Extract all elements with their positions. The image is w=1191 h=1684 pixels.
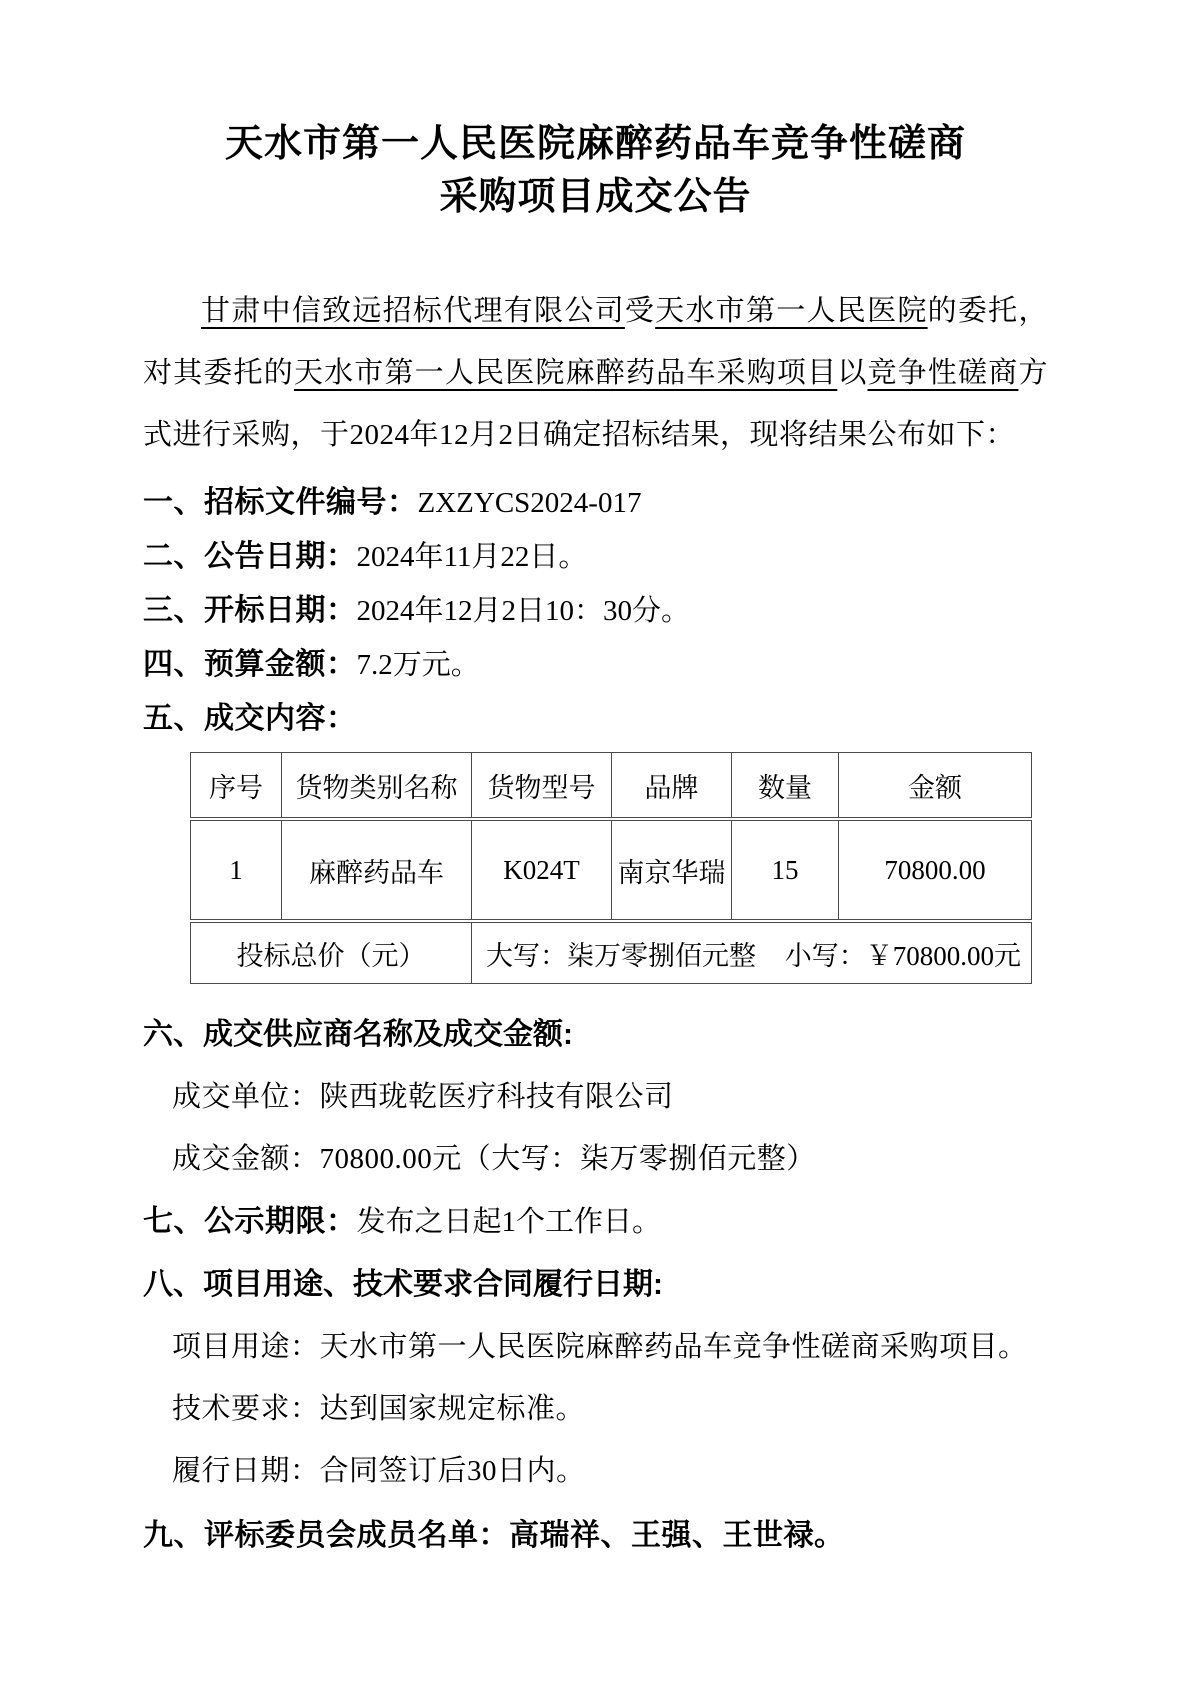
section-4-label: 四、预算金额： — [143, 648, 357, 681]
table-row: 1麻醉药品车K024T南京华瑞1570800.00 — [191, 819, 1032, 921]
table-header-cell: 序号 — [191, 753, 282, 820]
section-9: 九、评标委员会成员名单：高瑞祥、王强、王世禄。 — [143, 1519, 1048, 1553]
table-header-cell: 数量 — [732, 753, 839, 820]
table-cell: 15 — [732, 819, 839, 921]
numbered-items: 一、招标文件编号：ZXZYCS2024-017 二、公告日期：2024年11月2… — [143, 486, 1048, 736]
table-cell: 南京华瑞 — [612, 819, 732, 921]
total-amount-words: 大写：柒万零捌佰元整 — [486, 934, 756, 973]
intro-segment: 天水市第一人民医院 — [655, 295, 927, 327]
intro-segment: 天水市第一人民医院麻醉药品车采购项目 — [294, 357, 837, 389]
section-1-label: 一、招标文件编号： — [143, 486, 418, 519]
intro-paragraph: 甘肃中信致远招标代理有限公司受天水市第一人民医院的委托，对其委托的天水市第一人民… — [143, 280, 1048, 466]
award-table: 序号货物类别名称货物型号品牌数量金额 1麻醉药品车K024T南京华瑞157080… — [190, 752, 1032, 984]
table-cell: 1 — [191, 819, 282, 921]
intro-segment: 受 — [625, 295, 655, 327]
section-2-label: 二、公告日期： — [143, 540, 357, 573]
total-label-cell: 投标总价（元） — [191, 921, 472, 984]
total-amount-figures: 小写：￥70800.00元 — [785, 934, 1021, 973]
section-8-performance: 履行日期：合同签订后30日内。 — [172, 1455, 1048, 1488]
table-header-row: 序号货物类别名称货物型号品牌数量金额 — [191, 753, 1032, 820]
section-4-value: 7.2万元。 — [357, 649, 480, 681]
intro-segment: 甘肃中信致远招标代理有限公司 — [201, 295, 625, 327]
table-cell: 麻醉药品车 — [282, 819, 472, 921]
section-6-label: 六、成交供应商名称及成交金额: — [143, 1018, 573, 1051]
total-amount-cell: 大写：柒万零捌佰元整 小写：￥70800.00元 — [472, 921, 1032, 984]
section-2: 二、公告日期：2024年11月22日。 — [143, 540, 1048, 574]
table-header-cell: 金额 — [839, 753, 1032, 820]
section-8-label: 八、项目用途、技术要求合同履行日期: — [143, 1268, 663, 1301]
intro-segment: 竞争性磋商 — [868, 357, 1019, 389]
section-3-label: 三、开标日期： — [143, 594, 357, 627]
document-title: 天水市第一人民医院麻醉药品车竞争性磋商 采购项目成交公告 — [143, 118, 1048, 224]
section-7-label: 七、公示期限： — [143, 1205, 357, 1238]
section-6: 六、成交供应商名称及成交金额: — [143, 1018, 1048, 1052]
section-7: 七、公示期限：发布之日起1个工作日。 — [143, 1205, 1048, 1239]
section-8: 八、项目用途、技术要求合同履行日期: — [143, 1268, 1048, 1302]
section-2-value: 2024年11月22日。 — [357, 541, 588, 573]
table-cell: 70800.00 — [839, 819, 1032, 921]
section-1: 一、招标文件编号：ZXZYCS2024-017 — [143, 486, 1048, 520]
table-header-cell: 货物型号 — [472, 753, 612, 820]
section-3: 三、开标日期：2024年12月2日10：30分。 — [143, 594, 1048, 628]
section-1-value: ZXZYCS2024-017 — [418, 487, 642, 519]
table-header-cell: 品牌 — [612, 753, 732, 820]
section-9-label: 九、评标委员会成员名单： — [143, 1519, 509, 1552]
section-5: 五、成交内容： — [143, 702, 1048, 736]
table-cell: K024T — [472, 819, 612, 921]
table-total-row: 投标总价（元） 大写：柒万零捌佰元整 小写：￥70800.00元 — [191, 921, 1032, 984]
document-title-line2: 采购项目成交公告 — [143, 171, 1048, 224]
document-title-line1: 天水市第一人民医院麻醉药品车竞争性磋商 — [143, 118, 1048, 171]
section-8-purpose: 项目用途：天水市第一人民医院麻醉药品车竞争性磋商采购项目。 — [172, 1331, 1048, 1364]
section-8-tech: 技术要求：达到国家规定标准。 — [172, 1393, 1048, 1426]
section-3-value: 2024年12月2日10：30分。 — [357, 595, 691, 627]
section-7-value: 发布之日起1个工作日。 — [357, 1206, 662, 1238]
table-header-cell: 货物类别名称 — [282, 753, 472, 820]
intro-segment: 以 — [837, 357, 867, 389]
section-9-value: 高瑞祥、王强、王世禄。 — [509, 1519, 845, 1552]
section-6-supplier: 成交单位：陕西珑乾医疗科技有限公司 — [172, 1081, 1048, 1114]
section-4: 四、预算金额：7.2万元。 — [143, 648, 1048, 682]
section-5-label: 五、成交内容： — [143, 702, 357, 735]
table-body: 1麻醉药品车K024T南京华瑞1570800.00 — [191, 819, 1032, 921]
section-6-amount: 成交金额：70800.00元（大写：柒万零捌佰元整） — [172, 1143, 1048, 1176]
